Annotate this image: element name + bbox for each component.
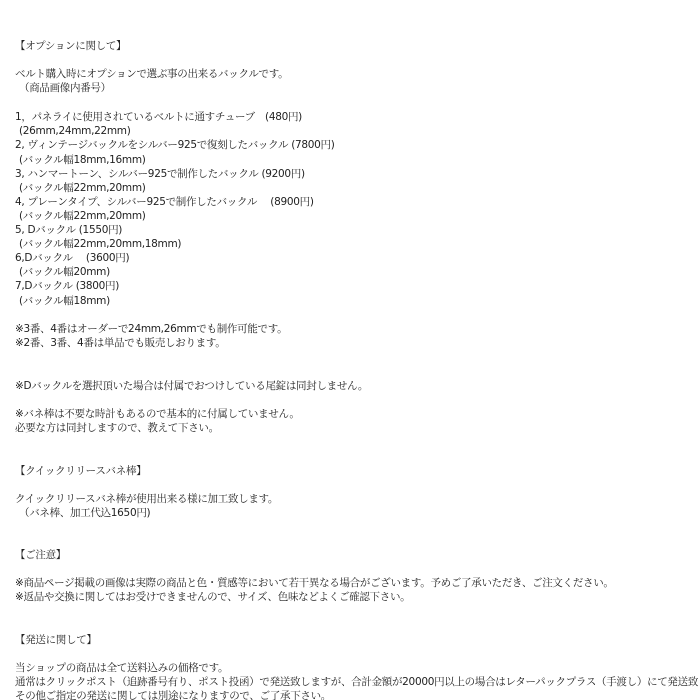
shipping-heading: 【発送に関して】 <box>15 633 97 647</box>
d-buckle-note: ※Dバックルを選択頂いた場合は付属でおつけしている尾錠は同封しません。 <box>15 379 368 393</box>
option-item-3-title: 3, ハンマートーン、シルバー925で制作したバックル (9200円) <box>15 167 305 181</box>
option-item-1-title: 1，パネライに使用されているベルトに通すチューブ (480円) <box>15 110 302 124</box>
option-item-4-detail: (バックル幅22mm,20mm) <box>15 209 146 223</box>
options-note-1: ※3番、4番はオーダーで24mm,26mmでも制作可能です。 <box>15 322 287 336</box>
option-item-6-detail: (バックル幅20mm) <box>15 265 110 279</box>
option-item-5-detail: (バックル幅22mm,20mm,18mm) <box>15 237 181 251</box>
options-intro: ベルト購入時にオプションで選ぶ事の出来るバックルです。 <box>15 67 288 81</box>
option-item-7-detail: (バックル幅18mm) <box>15 294 110 308</box>
option-item-2-detail: (バックル幅18mm,16mm) <box>15 153 146 167</box>
spring-bar-note: ※バネ棒は不要な時計もあるので基本的に付属していません。 <box>15 407 300 421</box>
option-item-2-title: 2, ヴィンテージバックルをシルバー925で復刻したバックル (7800円) <box>15 138 335 152</box>
option-item-4-title: 4, プレーンタイプ、シルバー925で制作したバックル (8900円) <box>15 195 314 209</box>
caution-line-1: ※商品ページ掲載の画像は実際の商品と色・質感等において若干異なる場合がございます… <box>15 576 614 590</box>
options-heading: 【オプションに関して】 <box>15 39 126 53</box>
spring-bar-note-2: 必要な方は同封しますので、教えて下さい。 <box>15 421 219 435</box>
caution-heading: 【ご注意】 <box>15 548 66 562</box>
caution-line-2: ※返品や交換に関してはお受けできませんので、サイズ、色味などよくご確認下さい。 <box>15 590 410 604</box>
shipping-line-2: 通常はクリックポスト（追跡番号有り、ポスト投函）で発送致しますが、合計金額が20… <box>15 675 700 689</box>
shipping-line-3: その他ご指定の発送に関しては別途になりますので、ご了承下さい。 <box>15 689 331 700</box>
quick-release-text: クイックリリースバネ棒が使用出来る様に加工致します。 <box>15 492 278 506</box>
option-item-5-title: 5, Dバックル (1550円) <box>15 223 122 237</box>
option-item-3-detail: (バックル幅22mm,20mm) <box>15 181 146 195</box>
option-item-1-detail: (26mm,24mm,22mm) <box>15 124 131 138</box>
quick-release-heading: 【クイックリリースバネ棒】 <box>15 464 146 478</box>
quick-release-price: （バネ棒、加工代込1650円) <box>15 506 150 520</box>
options-note-2: ※2番、3番、4番は単品でも販売しおります。 <box>15 336 225 350</box>
option-item-7-title: 7,Dバックル (3800円) <box>15 279 119 293</box>
option-item-6-title: 6,Dバックル (3600円) <box>15 251 129 265</box>
options-intro-note: （商品画像内番号） <box>15 81 111 95</box>
shipping-line-1: 当ショップの商品は全て送料込みの価格です。 <box>15 661 228 675</box>
